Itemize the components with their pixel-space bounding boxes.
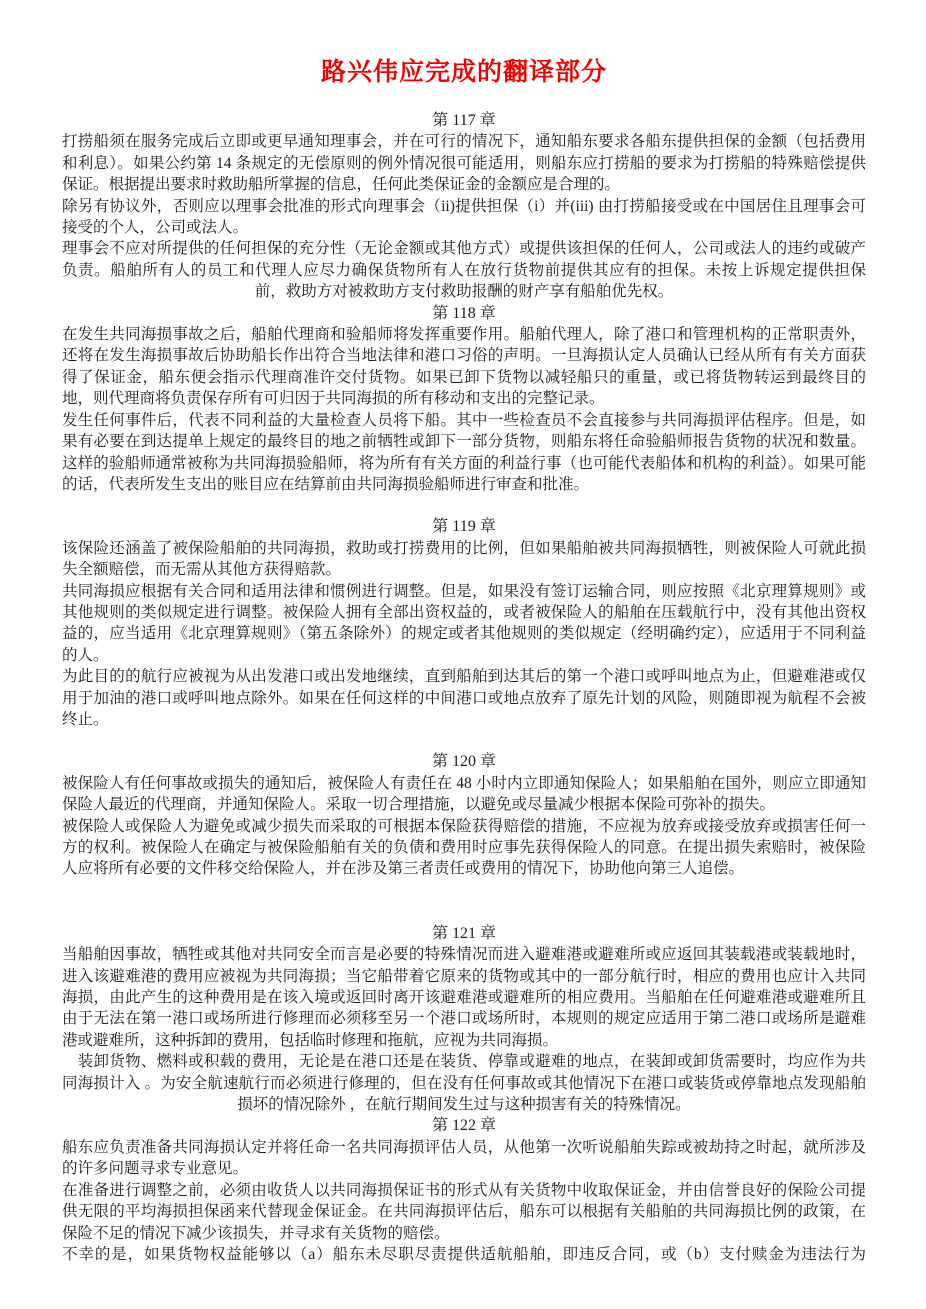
- paragraph: 装卸货物、燃料或积载的费用，无论是在港口还是在装货、停靠或避难的地点，在装卸或卸…: [62, 1051, 866, 1115]
- paragraph: 为此目的的航行应被视为从出发港口或出发地继续，直到船舶到达其后的第一个港口或呼叫…: [62, 666, 866, 730]
- document-page: 路兴伟应完成的翻译部分 第 117 章 打捞船须在服务完成后立即或更早通知理事会…: [0, 0, 926, 1309]
- chapter-120-heading: 第 120 章: [62, 751, 866, 772]
- paragraph: 被保险人或保险人为避免或减少损失而采取的可根据本保险获得赔偿的措施，不应视为放弃…: [62, 816, 866, 880]
- paragraph: 船东应负责准备共同海损认定并将任命一名共同海损评估人员，从他第一次听说船舶失踪或…: [62, 1137, 866, 1180]
- chapter-121: 第 121 章 当船舶因事故，牺牲或其他对共同安全而言是必要的特殊情况而进入避难…: [62, 923, 866, 1116]
- paragraph: 该保险还涵盖了被保险船舶的共同海损，救助或打捞费用的比例，但如果船舶被共同海损牺…: [62, 538, 866, 581]
- paragraph: 除另有协议外，否则应以理事会批准的形式向理事会（ii)提供担保（i）并(iii)…: [62, 196, 866, 239]
- paragraph: 共同海损应根据有关合同和适用法律和惯例进行调整。但是，如果没有签订运输合同，则应…: [62, 581, 866, 667]
- chapter-118: 第 118 章 在发生共同海损事故之后，船舶代理商和验船师将发挥重要作用。船舶代…: [62, 303, 866, 496]
- chapter-117: 第 117 章 打捞船须在服务完成后立即或更早通知理事会，并在可行的情况下，通知…: [62, 110, 866, 303]
- paragraph: 发生任何事件后，代表不同利益的大量检查人员将下船。其中一些检查员不会直接参与共同…: [62, 410, 866, 496]
- paragraph: 在准备进行调整之前，必须由收货人以共同海损保证书的形式从有关货物中收取保证金，并…: [62, 1180, 866, 1244]
- paragraph: 不幸的是，如果货物权益能够以（a）船东未尽职尽责提供适航船舶，即违反合同，或（b…: [62, 1244, 866, 1265]
- chapter-121-heading: 第 121 章: [62, 923, 866, 944]
- paragraph: 在发生共同海损事故之后，船舶代理商和验船师将发挥重要作用。船舶代理人，除了港口和…: [62, 324, 866, 410]
- chapter-119: 第 119 章 该保险还涵盖了被保险船舶的共同海损，救助或打捞费用的比例，但如果…: [62, 516, 866, 730]
- chapter-122-heading: 第 122 章: [62, 1115, 866, 1136]
- chapter-118-heading: 第 118 章: [62, 303, 866, 324]
- chapter-117-heading: 第 117 章: [62, 110, 866, 131]
- chapter-120: 第 120 章 被保险人有任何事故或损失的通知后，被保险人有责任在 48 小时内…: [62, 751, 866, 879]
- paragraph: 当船舶因事故，牺牲或其他对共同安全而言是必要的特殊情况而进入避难港或避难所或应返…: [62, 944, 866, 1051]
- document-title: 路兴伟应完成的翻译部分: [62, 56, 866, 90]
- chapter-119-heading: 第 119 章: [62, 516, 866, 537]
- paragraph: 理事会不应对所提供的任何担保的充分性（无论金额或其他方式）或提供该担保的任何人，…: [62, 238, 866, 302]
- chapter-122: 第 122 章 船东应负责准备共同海损认定并将任命一名共同海损评估人员，从他第一…: [62, 1115, 866, 1265]
- paragraph: 打捞船须在服务完成后立即或更早通知理事会，并在可行的情况下，通知船东要求各船东提…: [62, 131, 866, 195]
- paragraph: 被保险人有任何事故或损失的通知后，被保险人有责任在 48 小时内立即通知保险人；…: [62, 773, 866, 816]
